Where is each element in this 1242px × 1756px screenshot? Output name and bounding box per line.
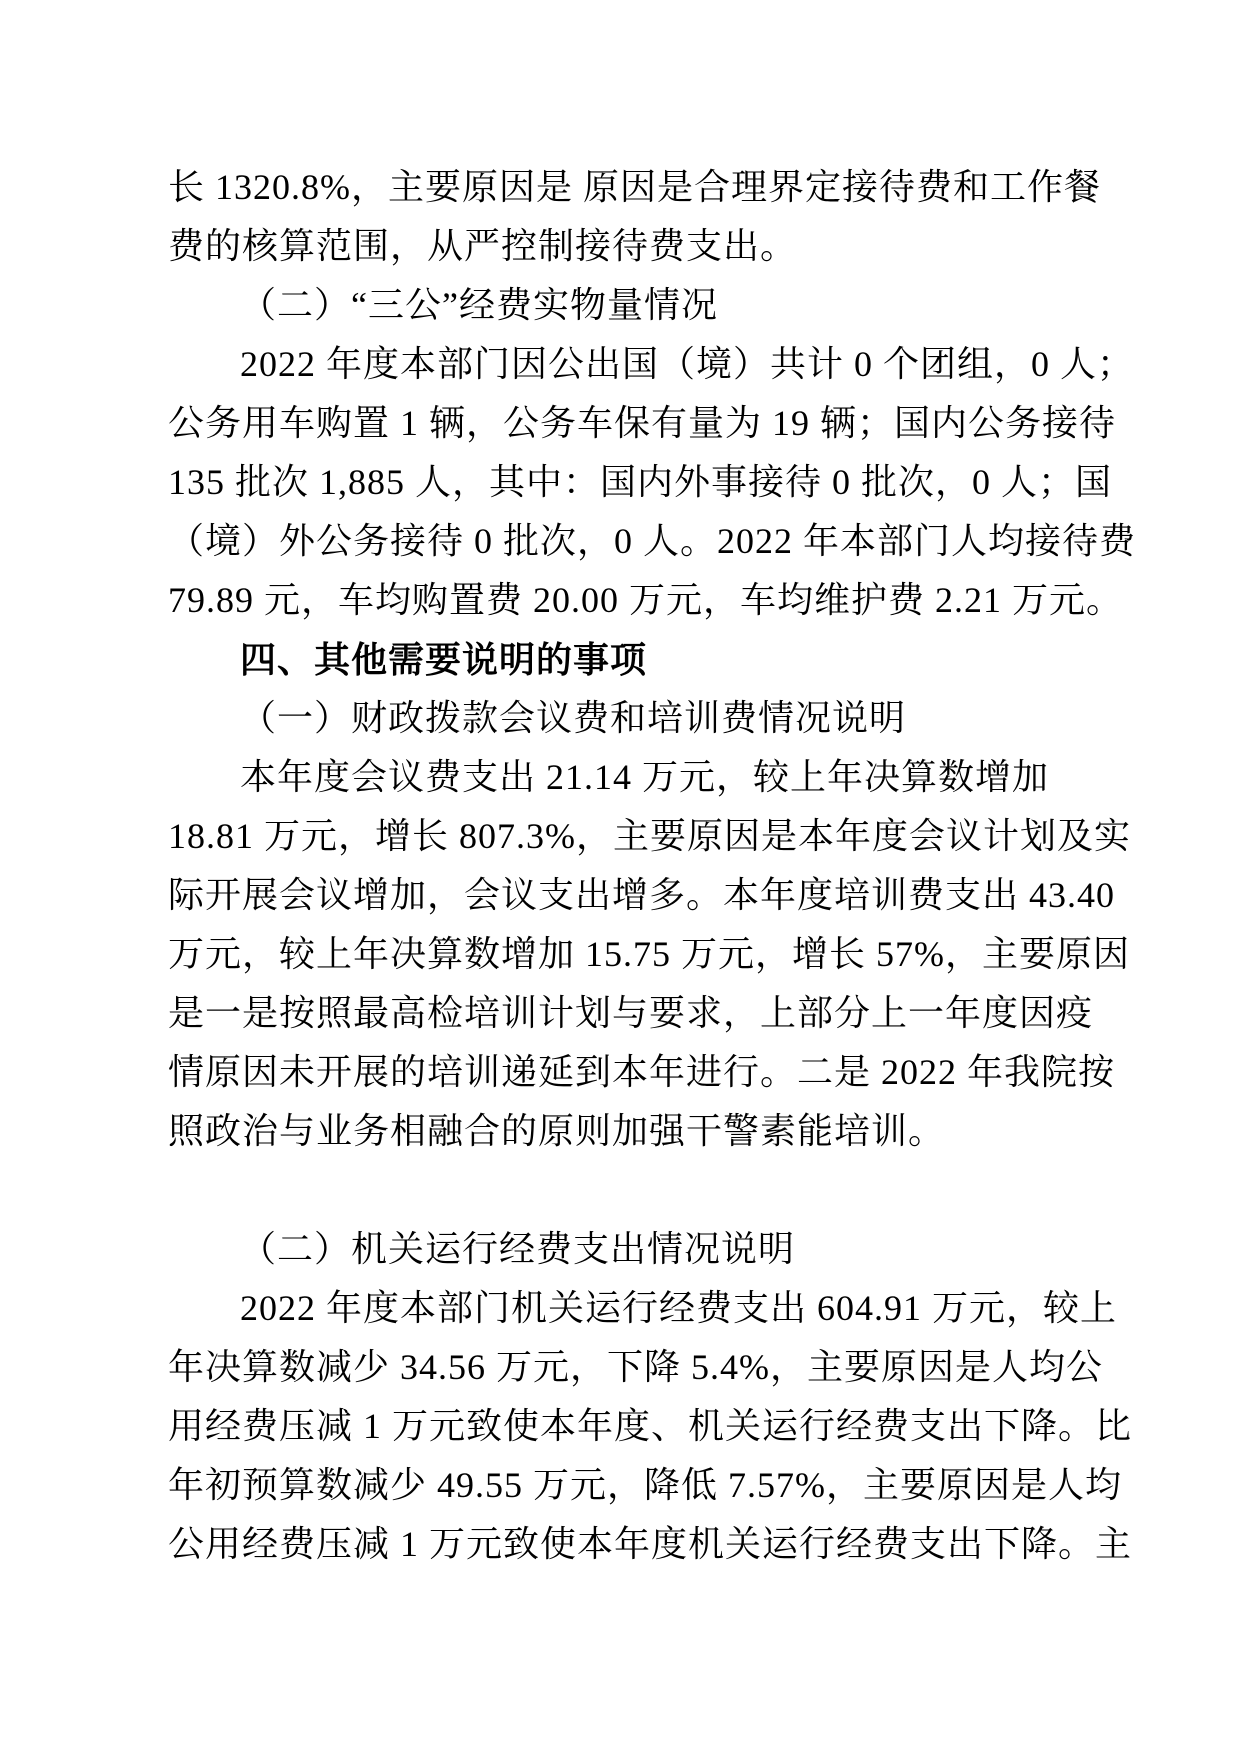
section-heading: 四、其他需要说明的事项 xyxy=(168,630,1074,689)
body-text-line: 公务用车购置 1 辆，公务车保有量为 19 辆；国内公务接待 xyxy=(168,394,1074,453)
body-text-line: 年决算数减少 34.56 万元，下降 5.4%，主要原因是人均公 xyxy=(168,1338,1074,1397)
body-text-line: 公用经费压减 1 万元致使本年度机关运行经费支出下降。主 xyxy=(168,1515,1074,1574)
body-text-line: 情原因未开展的培训递延到本年进行。二是 2022 年我院按 xyxy=(168,1043,1074,1102)
body-text-line: （境）外公务接待 0 批次，0 人。2022 年本部门人均接待费 xyxy=(168,512,1074,571)
body-text-line: 照政治与业务相融合的原则加强干警素能培训。 xyxy=(168,1102,1074,1161)
body-text-line: 万元，较上年决算数增加 15.75 万元，增长 57%，主要原因 xyxy=(168,925,1074,984)
sub-section-heading: （二）机关运行经费支出情况说明 xyxy=(168,1220,1074,1279)
body-text-line: 际开展会议增加，会议支出增多。本年度培训费支出 43.40 xyxy=(168,866,1074,925)
body-text-line: 2022 年度本部门机关运行经费支出 604.91 万元，较上 xyxy=(168,1279,1074,1338)
body-text-line: 年初预算数减少 49.55 万元，降低 7.57%，主要原因是人均 xyxy=(168,1456,1074,1515)
body-text-line: 2022 年度本部门因公出国（境）共计 0 个团组，0 人； xyxy=(168,335,1074,394)
body-text-line: 79.89 元，车均购置费 20.00 万元，车均维护费 2.21 万元。 xyxy=(168,571,1074,630)
body-text-line: 长 1320.8%，主要原因是 原因是合理界定接待费和工作餐 xyxy=(168,158,1074,217)
sub-section-heading: （一）财政拨款会议费和培训费情况说明 xyxy=(168,689,1074,748)
sub-section-heading: （二）“三公”经费实物量情况 xyxy=(168,276,1074,335)
body-text-line: 135 批次 1,885 人，其中：国内外事接待 0 批次，0 人；国 xyxy=(168,453,1074,512)
body-text-line: 用经费压减 1 万元致使本年度、机关运行经费支出下降。比 xyxy=(168,1397,1074,1456)
body-text-line: 是一是按照最高检培训计划与要求，上部分上一年度因疫 xyxy=(168,984,1074,1043)
body-text-line: 费的核算范围，从严控制接待费支出。 xyxy=(168,217,1074,276)
document-text-area: 长 1320.8%，主要原因是 原因是合理界定接待费和工作餐费的核算范围，从严控… xyxy=(168,158,1074,1574)
document-page: 长 1320.8%，主要原因是 原因是合理界定接待费和工作餐费的核算范围，从严控… xyxy=(0,0,1242,1756)
body-text-line: 18.81 万元，增长 807.3%，主要原因是本年度会议计划及实 xyxy=(168,807,1074,866)
body-text-line: 本年度会议费支出 21.14 万元，较上年决算数增加 xyxy=(168,748,1074,807)
blank-line xyxy=(168,1161,1074,1220)
